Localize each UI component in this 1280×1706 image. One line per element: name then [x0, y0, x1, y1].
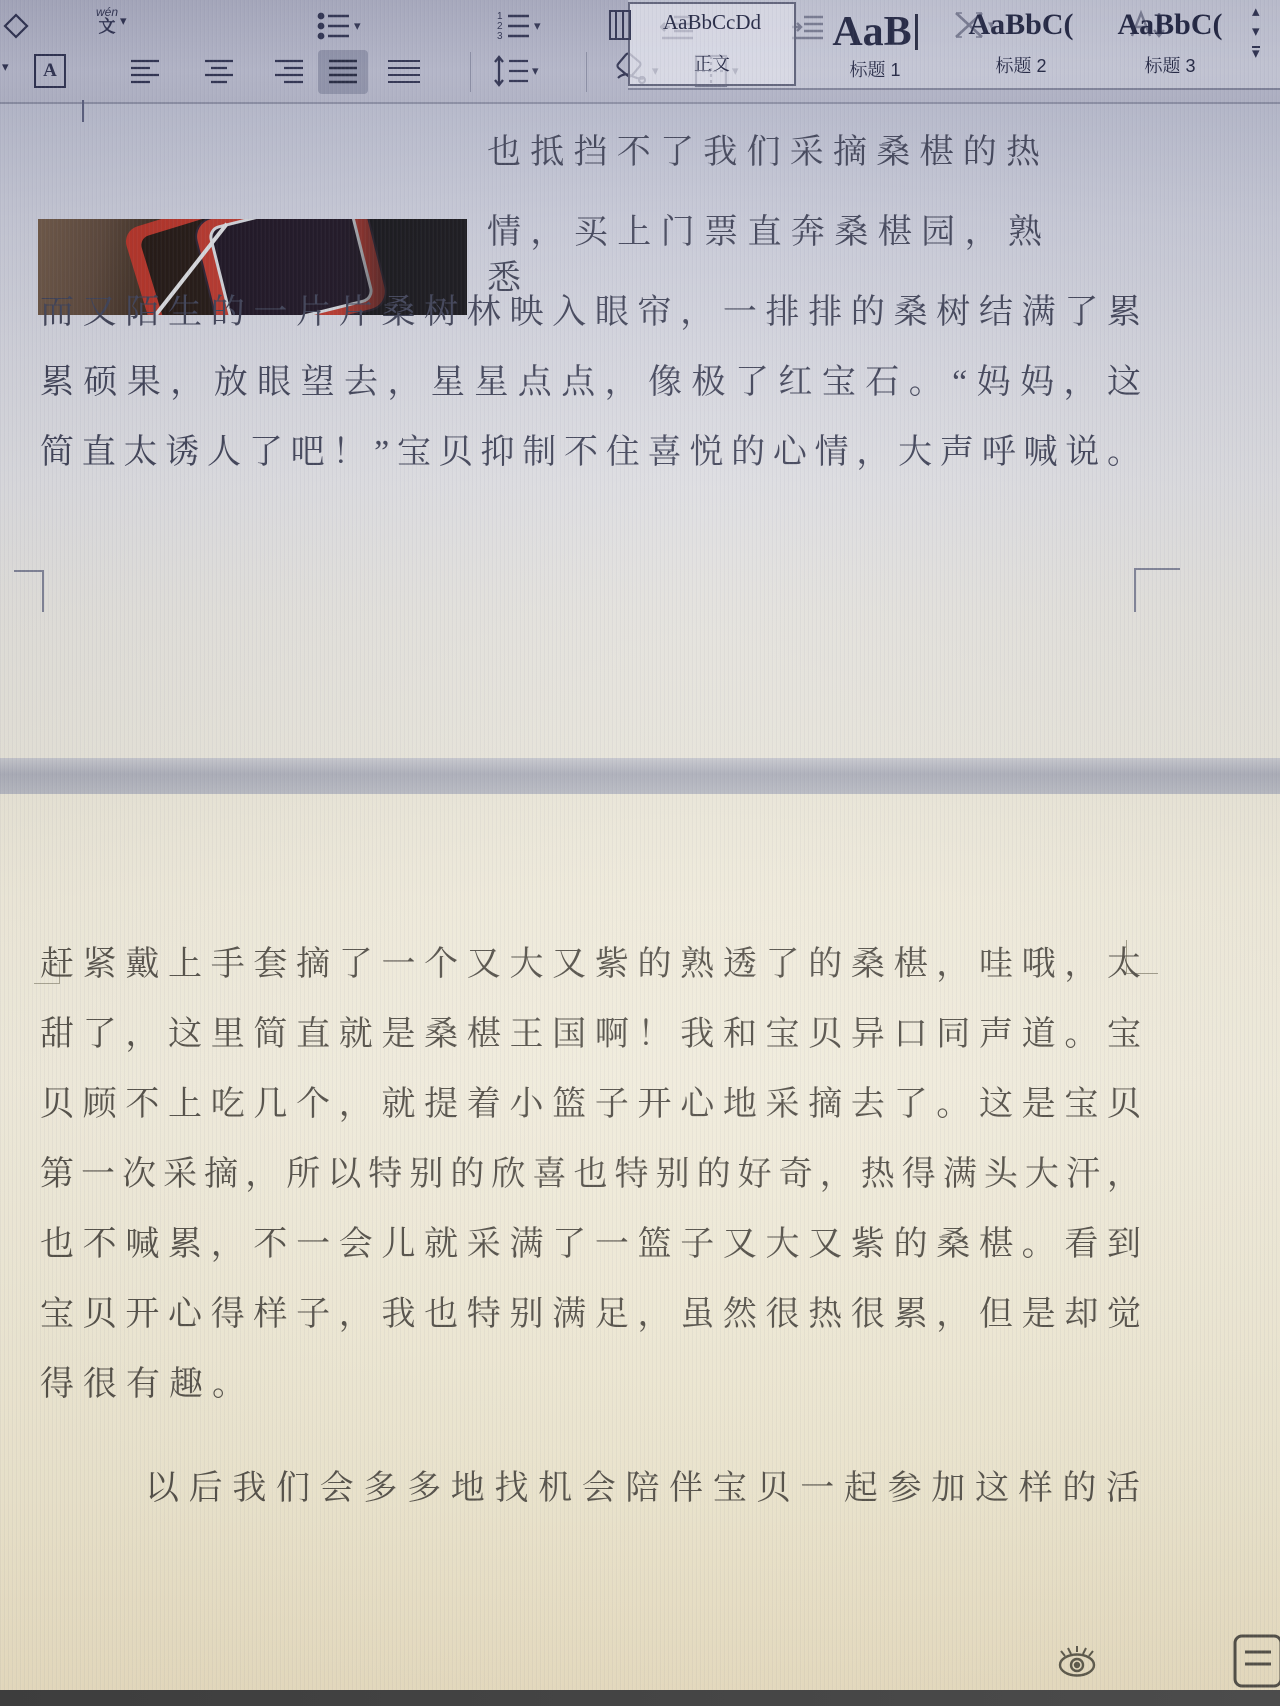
chevron-down-icon[interactable]: ▾	[534, 21, 541, 31]
style-preview: AaBbC(	[1117, 8, 1222, 42]
columns-icon[interactable]	[608, 8, 632, 42]
doc-line: 累硕果，放眼望去，星星点点，像极了红宝石。“妈妈，这	[40, 360, 1148, 406]
align-center-button[interactable]	[202, 56, 236, 88]
style-label: 标题 3	[1144, 52, 1195, 78]
symbol-icon[interactable]	[2, 12, 30, 40]
document-icon	[1232, 1632, 1280, 1690]
doc-line: 宝贝开心得样子，我也特别满足，虽然很热很累，但是却觉	[40, 1292, 1148, 1338]
chevron-down-icon[interactable]: ▾	[532, 66, 539, 76]
align-right-button[interactable]	[272, 56, 306, 88]
justify-button[interactable]	[318, 50, 368, 94]
line-spacing-button[interactable]: ▾	[492, 54, 539, 88]
style-label: 标题 1	[849, 56, 900, 82]
eye-protection-button[interactable]	[1048, 1636, 1106, 1689]
doc-line: 也不喊累，不一会儿就采满了一篮子又大又紫的桑椹。看到	[40, 1222, 1148, 1268]
style-chip-heading3[interactable]: AaBbC( 标题 3	[1094, 2, 1246, 86]
character-border-button[interactable]: A	[34, 54, 66, 88]
style-preview: AaBbCcDd	[663, 10, 761, 35]
svg-text:3: 3	[497, 31, 503, 42]
character-border-letter: A	[34, 54, 66, 88]
style-preview-cursor	[915, 14, 918, 50]
style-label: 标题 2	[995, 52, 1046, 78]
chevron-down-icon[interactable]: ▾	[0, 62, 9, 72]
document-page-2: 赶紧戴上手套摘了一个又大又紫的熟透了的桑椹，哇哦，太 甜了，这里简直就是桑椹王国…	[0, 794, 1280, 1692]
toolbar-divider	[470, 52, 471, 92]
align-left-button[interactable]	[128, 56, 162, 88]
pinyin-guide-icon[interactable]: wén 文 ▾	[96, 6, 127, 35]
chevron-down-icon[interactable]: ▾	[354, 21, 361, 31]
doc-line: 得很有趣。	[40, 1362, 255, 1408]
document-page-1: 也抵挡不了我们采摘桑椹的热 情，买上门票直奔桑椹园，熟悉 而又陌生的一片片桑树林…	[0, 102, 1280, 758]
doc-line: 而又陌生的一片片桑树林映入眼帘，一排排的桑树结满了累	[40, 290, 1148, 336]
pinyin-guide-bottom-text: 文	[99, 18, 116, 35]
ribbon-toolbar: wén 文 ▾ ▾ 1 2 3 ▾	[0, 0, 1280, 104]
toolbar-divider	[586, 52, 587, 92]
ruler-tick	[82, 100, 84, 122]
page-break-gap	[0, 758, 1280, 794]
eye-icon	[1048, 1636, 1106, 1684]
style-preview: AaBbC(	[968, 8, 1073, 42]
chevron-down-icon[interactable]: ▾	[120, 16, 127, 26]
doc-line: 简直太诱人了吧！”宝贝抑制不住喜悦的心情，大声呼喊说。	[40, 430, 1148, 476]
style-chip-heading1[interactable]: AaB 标题 1	[802, 2, 948, 86]
style-preview: AaB	[832, 8, 911, 56]
gallery-scroll-buttons[interactable]: ▴▾▾	[1252, 6, 1280, 86]
style-chip-normal[interactable]: AaBbCcDd 正文	[628, 2, 796, 86]
text-boundary-mark	[1134, 568, 1180, 612]
doc-line: 甜了，这里简直就是桑椹王国啊！我和宝贝异口同声道。宝	[40, 1012, 1148, 1058]
bullet-list-button[interactable]: ▾	[316, 8, 361, 44]
doc-line: 情，买上门票直奔桑椹园，熟悉	[487, 210, 1049, 302]
style-label: 正文	[694, 50, 730, 76]
doc-line: 第一次采摘，所以特别的欣喜也特别的好奇，热得满头大汗，	[40, 1152, 1148, 1198]
notes-button[interactable]	[1232, 1632, 1280, 1695]
doc-line: 也抵挡不了我们采摘桑椹的热	[487, 130, 1047, 176]
screen-photo-of-word-processor: wén 文 ▾ ▾ 1 2 3 ▾	[0, 0, 1280, 1706]
numbered-list-button[interactable]: 1 2 3 ▾	[496, 8, 541, 44]
screen-bezel	[0, 1690, 1280, 1706]
text-boundary-mark	[14, 570, 44, 612]
distribute-text-button[interactable]	[386, 56, 422, 88]
style-chip-heading2[interactable]: AaBbC( 标题 2	[950, 2, 1092, 86]
doc-line: 贝顾不上吃几个，就提着小篮子开心地采摘去了。这是宝贝	[40, 1082, 1148, 1128]
doc-line: 以后我们会多多地找机会陪伴宝贝一起参加这样的活	[145, 1466, 1147, 1512]
doc-line: 赶紧戴上手套摘了一个又大又紫的熟透了的桑椹，哇哦，太	[40, 942, 1148, 988]
